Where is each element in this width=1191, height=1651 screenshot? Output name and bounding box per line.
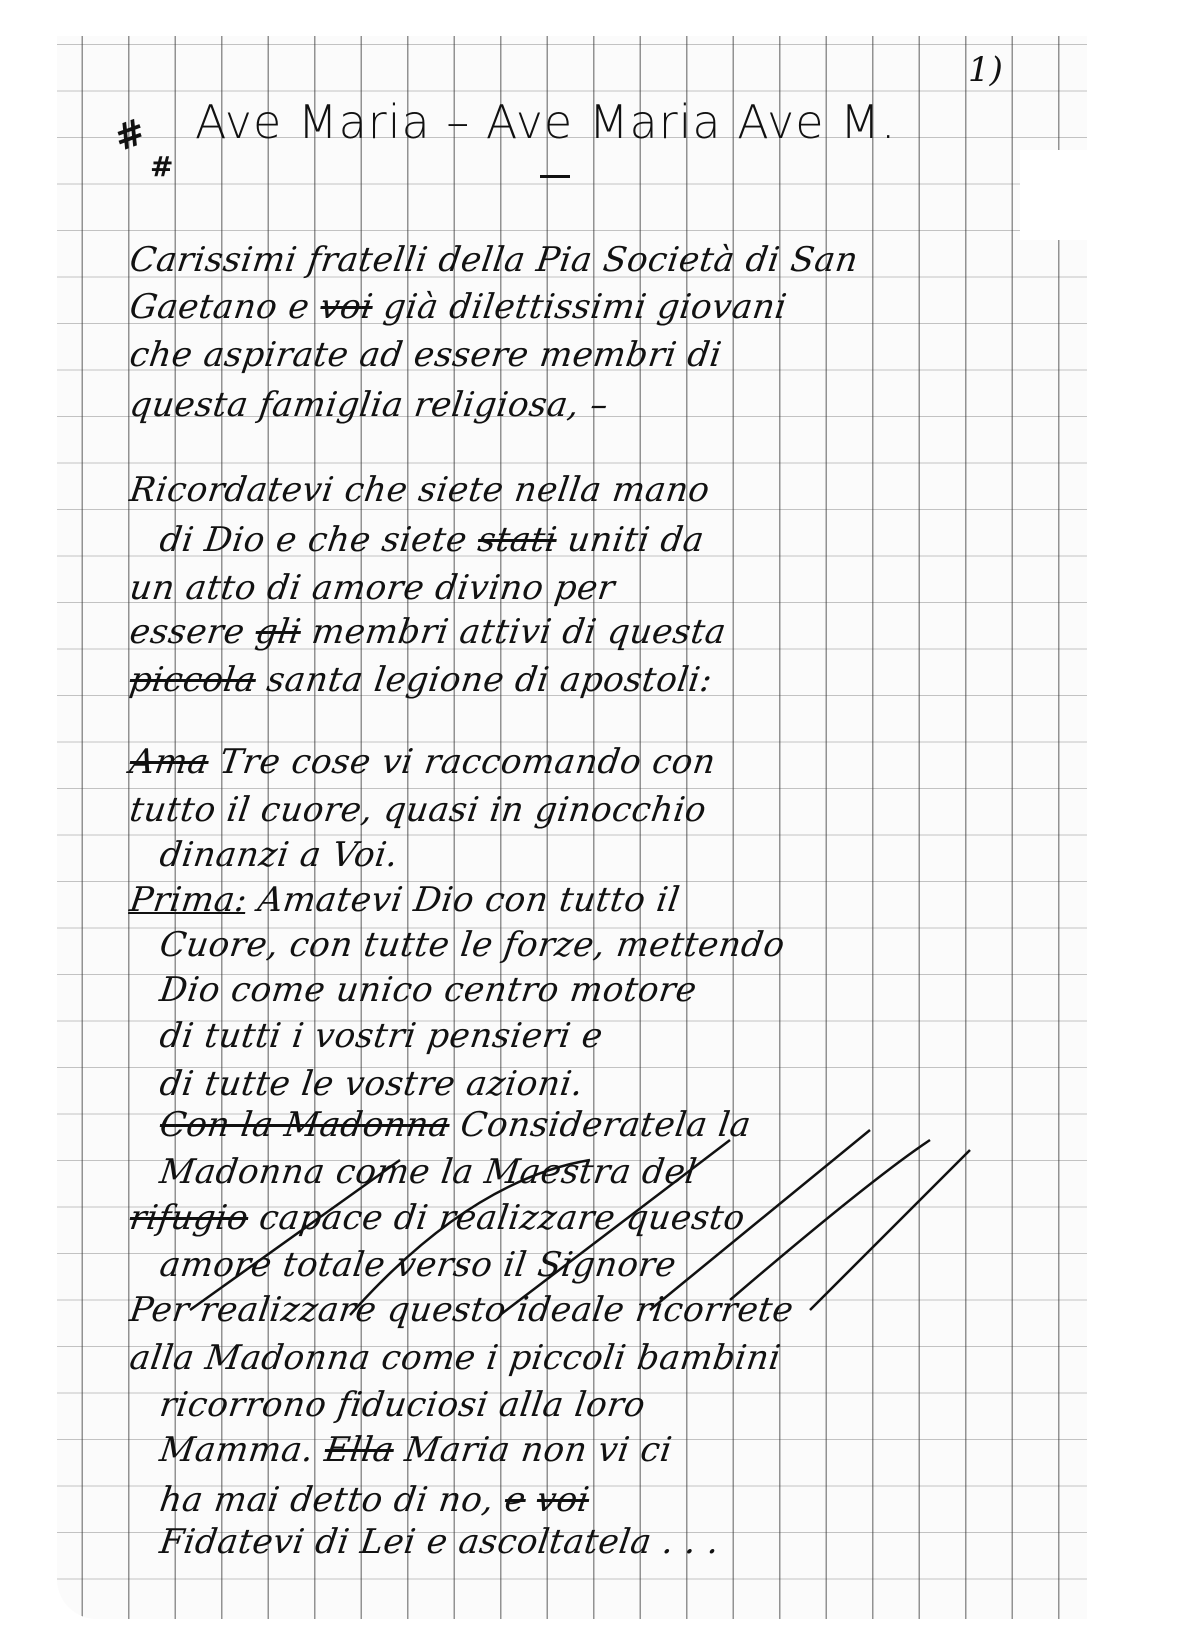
handwritten-line: Mamma. Ella Maria non vi ci (157, 1430, 674, 1470)
handwritten-line: amore totale verso il Signore (157, 1245, 679, 1285)
handwritten-line: Dio come unico centro motore (157, 970, 699, 1010)
handwritten-line: tutto il cuore, quasi in ginocchio (127, 790, 709, 830)
handwritten-line: piccola santa legione di apostoli: (127, 660, 715, 700)
margin-mark-secondary: # (150, 150, 173, 183)
handwritten-line: Con la Madonna Consideratela la (157, 1105, 753, 1145)
torn-margin (1020, 150, 1130, 240)
handwritten-line: essere gli membri attivi di questa (127, 612, 729, 652)
handwritten-line: che aspirate ad essere membri di (127, 335, 724, 375)
handwritten-line: alla Madonna come i piccoli bambini (127, 1338, 783, 1378)
heading: Ave Maria – Ave Maria Ave M. (195, 95, 896, 149)
handwritten-line: ha mai detto di no, e voi (157, 1480, 592, 1520)
handwritten-line: Fidatevi di Lei e ascoltatela . . . (157, 1522, 722, 1562)
handwritten-line: dinanzi a Voi. (157, 835, 401, 875)
handwritten-line: Prima: Amatevi Dio con tutto il (127, 880, 682, 920)
handwritten-line: Per realizzare questo ideale ricorrete (127, 1290, 796, 1330)
handwritten-line: di tutti i vostri pensieri e (157, 1016, 605, 1056)
handwritten-line: Cuore, con tutte le forze, mettendo (157, 925, 787, 965)
handwritten-line: Madonna come la Maestra del (157, 1152, 699, 1192)
handwritten-line: Ricordatevi che siete nella mano (127, 470, 712, 510)
handwritten-line: di Dio e che siete stati uniti da (157, 520, 707, 560)
heading-underline (540, 175, 570, 178)
handwritten-line: questa famiglia religiosa, – (127, 385, 611, 425)
handwritten-line: di tutte le vostre azioni. (157, 1064, 586, 1104)
handwritten-line: Carissimi fratelli della Pia Società di … (127, 240, 861, 280)
handwritten-line: Gaetano e voi già dilettissimi giovani (127, 287, 789, 327)
handwritten-line: ricorrono fiduciosi alla loro (157, 1385, 648, 1425)
handwritten-line: Ama Tre cose vi raccomando con (127, 742, 718, 782)
handwritten-line: rifugio capace di realizzare questo (127, 1198, 747, 1238)
page-number: 1) (968, 50, 1003, 90)
handwritten-line: un atto di amore divino per (127, 568, 617, 608)
